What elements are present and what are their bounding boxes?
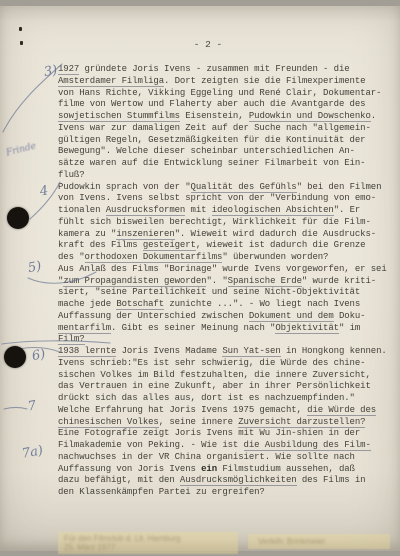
ghost-text-left-line2: 25. März 1977 <box>64 543 115 552</box>
text-line: 1927 gründete Joris Ivens - zusammen mit… <box>58 64 398 76</box>
text-line: Eine Fotografie zeigt Joris Ivens mit Wu… <box>58 428 398 440</box>
text-line: siert, "seine Parteilichkeit und seine N… <box>58 287 398 299</box>
text-segment: Auffassung von Joris Ivens <box>58 464 201 474</box>
text-segment: . <box>371 111 376 121</box>
underlined-phrase: Spanische Erde <box>228 276 302 287</box>
margin-number-4: 4 <box>39 183 50 199</box>
text-line: sowjetischen Stummfilms Eisenstein, Pudo… <box>58 111 398 123</box>
underlined-phrase: Zuversicht darzustellen? <box>238 417 365 428</box>
ink-speck <box>20 41 23 45</box>
text-line: filme von Wertow und Flaherty aber auch … <box>58 99 398 111</box>
text-line: drückt sich das alles aus, dort ist es n… <box>58 393 398 405</box>
text-segment: " im <box>339 323 360 333</box>
text-segment: das Vertrauen in eine Zukunft, aber in i… <box>58 381 371 391</box>
text-segment: kraft des Films <box>58 240 143 250</box>
text-segment: ". Er <box>334 205 361 215</box>
text-segment: Pudowkin sprach von der " <box>58 182 191 192</box>
margin-number-5: 5) <box>27 259 43 276</box>
text-line: Ivens war zur damaligen Zeit auf der Suc… <box>58 123 398 135</box>
text-segment: Filmakademie von Peking. - Wie ist <box>58 440 244 450</box>
text-line: Auffassung der Unterschied zwischen Doku… <box>58 311 398 323</box>
underlined-phrase: 1927 <box>58 64 79 75</box>
underlined-phrase: sowjetischen Stummfilms <box>58 111 180 122</box>
text-segment: drückt sich das alles aus, dort ist es n… <box>58 393 355 403</box>
underlined-phrase: zum Propagandisten geworden <box>63 276 206 287</box>
underlined-phrase: Amsterdamer Filmliga <box>58 76 164 87</box>
underlined-phrase: mentarfilm <box>58 323 111 334</box>
text-segment: von Ivens. Ivens selbst spricht von der … <box>58 193 376 203</box>
text-line: dazu befähigt, mit den Ausdrucksmöglichk… <box>58 475 398 487</box>
underlined-phrase: Ausdrucksformen <box>106 205 186 216</box>
text-segment: Aus Anlaß des Films "Borinage" wurde Ive… <box>58 264 387 274</box>
underlined-phrase: Objektivität <box>275 323 339 334</box>
ghost-text-left-line1: Für den Filmclub d. Lit. Hamburg <box>64 534 181 543</box>
text-segment: Bewegung". Welche dieser scheinbar unter… <box>58 146 355 156</box>
margin-number-6: 6) <box>31 347 47 364</box>
text-line: Welche Erfahrung hat Joris Ivens 1975 ge… <box>58 405 398 417</box>
margin-handwritten-word: Frinde <box>5 141 37 158</box>
text-line: "zum Propagandisten geworden". "Spanisch… <box>58 276 398 288</box>
text-line: Aus Anlaß des Films "Borinage" wurde Ive… <box>58 264 398 276</box>
text-line: das Vertrauen in eine Zukunft, aber in i… <box>58 381 398 393</box>
text-segment: zunichte ...". - Wo liegt nach Ivens <box>164 299 360 309</box>
text-segment: sätze waren auf die Entwicklung seiner F… <box>58 158 365 168</box>
text-line: Film? <box>58 334 398 346</box>
text-segment: " wurde kriti- <box>302 276 376 286</box>
text-segment: ein <box>201 464 217 474</box>
text-segment: nachwuchses in der VR China organisiert.… <box>58 452 355 462</box>
underlined-phrase: die Würde des <box>307 405 376 416</box>
text-line: Auffassung von Joris Ivens ein Filmstudi… <box>58 464 398 476</box>
text-segment: " bei den Filmen <box>297 182 382 192</box>
text-segment: filme von Wertow und Flaherty aber auch … <box>58 99 365 109</box>
text-segment: tionalen <box>58 205 106 215</box>
text-segment: kamera zu " <box>58 229 116 239</box>
ink-speck <box>19 27 22 31</box>
text-line: kraft des Films gesteigert, wieweit ist … <box>58 240 398 252</box>
text-segment: siert, "seine Parteilichkeit und seine N… <box>58 287 360 297</box>
margin-number-7: 7 <box>27 398 38 414</box>
text-segment: Joris Ivens Madame <box>116 346 222 356</box>
text-segment: , wieweit ist dadurch die Grenze <box>196 240 366 250</box>
text-line: den Klassenkämpfen Partei zu ergreifen? <box>58 487 398 499</box>
text-segment: den Klassenkämpfen Partei zu ergreifen? <box>58 487 265 497</box>
underlined-phrase: Pudowkin und Dowschenko <box>249 111 371 122</box>
underlined-phrase: Botschaft <box>116 299 164 310</box>
text-line: Amsterdamer Filmliga. Dort zeigten sie d… <box>58 76 398 88</box>
text-segment: Doku- <box>334 311 366 321</box>
page-number: - 2 - <box>188 39 228 50</box>
text-line: des "orthodoxen Dokumentarfilms" überwun… <box>58 252 398 264</box>
underlined-phrase: Qualität des Gefühls <box>191 182 297 193</box>
underlined-phrase: inszenieren <box>116 229 174 240</box>
underlined-phrase: orthodoxen Dokumentarfilms <box>85 252 223 263</box>
text-segment: in Hongkong kennen. <box>281 346 387 356</box>
margin-number-7a: 7a) <box>21 443 44 461</box>
text-segment: von Hans Richte, Vikking Eggeling und Re… <box>58 88 381 98</box>
underlined-phrase: Ausdrucksmöglichkeiten <box>180 475 297 486</box>
text-segment: sischen Volkes im Bild festzuhalten, die… <box>58 370 371 380</box>
pen-stroke-dash-7 <box>4 408 27 410</box>
text-segment: fühlt sich bisweilen berechtigt, Wirklic… <box>58 217 371 227</box>
text-segment: Eine Fotografie zeigt Joris Ivens mit Wu… <box>58 428 360 438</box>
text-line: sischen Volkes im Bild festzuhalten, die… <box>58 370 398 382</box>
text-segment: Ivens war zur damaligen Zeit auf der Suc… <box>58 123 371 133</box>
text-segment: mache jede <box>58 299 116 309</box>
underlined-phrase: die Ausbildung des Film- <box>244 440 371 451</box>
text-line: Ivens schrieb:"Es ist sehr schwierig, di… <box>58 358 398 370</box>
text-line: chinesischen Volkes, seine innere Zuvers… <box>58 417 398 429</box>
text-segment: des Films in <box>297 475 366 485</box>
text-line: mentarfilm. Gibt es seiner Meinung nach … <box>58 323 398 335</box>
text-segment: gründete Joris Ivens - zusammen mit Freu… <box>79 64 349 74</box>
text-segment: mit <box>185 205 212 215</box>
text-line: mache jede Botschaft zunichte ...". - Wo… <box>58 299 398 311</box>
underlined-phrase: Dokument und dem <box>249 311 334 322</box>
text-segment: Welche Erfahrung hat Joris Ivens 1975 ge… <box>58 405 307 415</box>
typed-text-block: 1927 gründete Joris Ivens - zusammen mit… <box>58 64 398 499</box>
text-line: 1938 lernte Joris Ivens Madame Sun Yat-s… <box>58 346 398 358</box>
underlined-phrase: 1938 lernte <box>58 346 116 357</box>
margin-number-3: 3) <box>43 63 59 80</box>
punch-hole <box>4 346 26 368</box>
text-line: Bewegung". Welche dieser scheinbar unter… <box>58 146 398 158</box>
text-line: Filmakademie von Peking. - Wie ist die A… <box>58 440 398 452</box>
paper-sheet: - 2 - 1927 gründete Joris Ivens - zusamm… <box>0 6 400 551</box>
text-line: nachwuchses in der VR China organisiert.… <box>58 452 398 464</box>
text-line: fluß? <box>58 170 398 182</box>
underlined-phrase: gesteigert <box>143 240 196 251</box>
underlined-phrase: Film? <box>58 334 85 345</box>
punch-hole <box>7 207 29 229</box>
text-segment: fluß? <box>58 170 85 180</box>
text-line: gültigen Regeln, Gesetzmäßigkeiten für d… <box>58 135 398 147</box>
text-line: von Ivens. Ivens selbst spricht von der … <box>58 193 398 205</box>
text-segment: . Dort zeigten sie die Filmexperimente <box>164 76 365 86</box>
text-line: Pudowkin sprach von der "Qualität des Ge… <box>58 182 398 194</box>
text-segment: , seine innere <box>159 417 239 427</box>
text-segment: ". Wieweit wird dadurch die Ausdrucks- <box>175 229 376 239</box>
scanned-document-page: - 2 - 1927 gründete Joris Ivens - zusamm… <box>0 0 400 556</box>
text-line: kamera zu "inszenieren". Wieweit wird da… <box>58 229 398 241</box>
text-segment: Auffassung der Unterschied zwischen <box>58 311 249 321</box>
text-segment: Eisenstein, <box>180 111 249 121</box>
text-line: fühlt sich bisweilen berechtigt, Wirklic… <box>58 217 398 229</box>
underlined-phrase: chinesischen Volkes <box>58 417 159 428</box>
underlined-phrase: Sun Yat-sen <box>222 346 280 357</box>
text-line: tionalen Ausdrucksformen mit ideologisch… <box>58 205 398 217</box>
text-line: von Hans Richte, Vikking Eggeling und Re… <box>58 88 398 100</box>
text-segment: " überwunden worden? <box>222 252 328 262</box>
text-segment: dazu befähigt, mit den <box>58 475 180 485</box>
text-segment: Filmstudium aussehen, daß <box>217 464 355 474</box>
underlined-phrase: ideologischen Absichten <box>212 205 334 216</box>
text-segment: gültigen Regeln, Gesetzmäßigkeiten für d… <box>58 135 365 145</box>
text-line: sätze waren auf die Entwicklung seiner F… <box>58 158 398 170</box>
text-segment: des " <box>58 252 85 262</box>
text-segment: ". " <box>206 276 227 286</box>
text-segment: . Gibt es seiner Meinung nach " <box>111 323 275 333</box>
ghost-text-right: Verleih: Brinkmeier <box>258 537 325 546</box>
text-segment: Ivens schrieb:"Es ist sehr schwierig, di… <box>58 358 365 368</box>
